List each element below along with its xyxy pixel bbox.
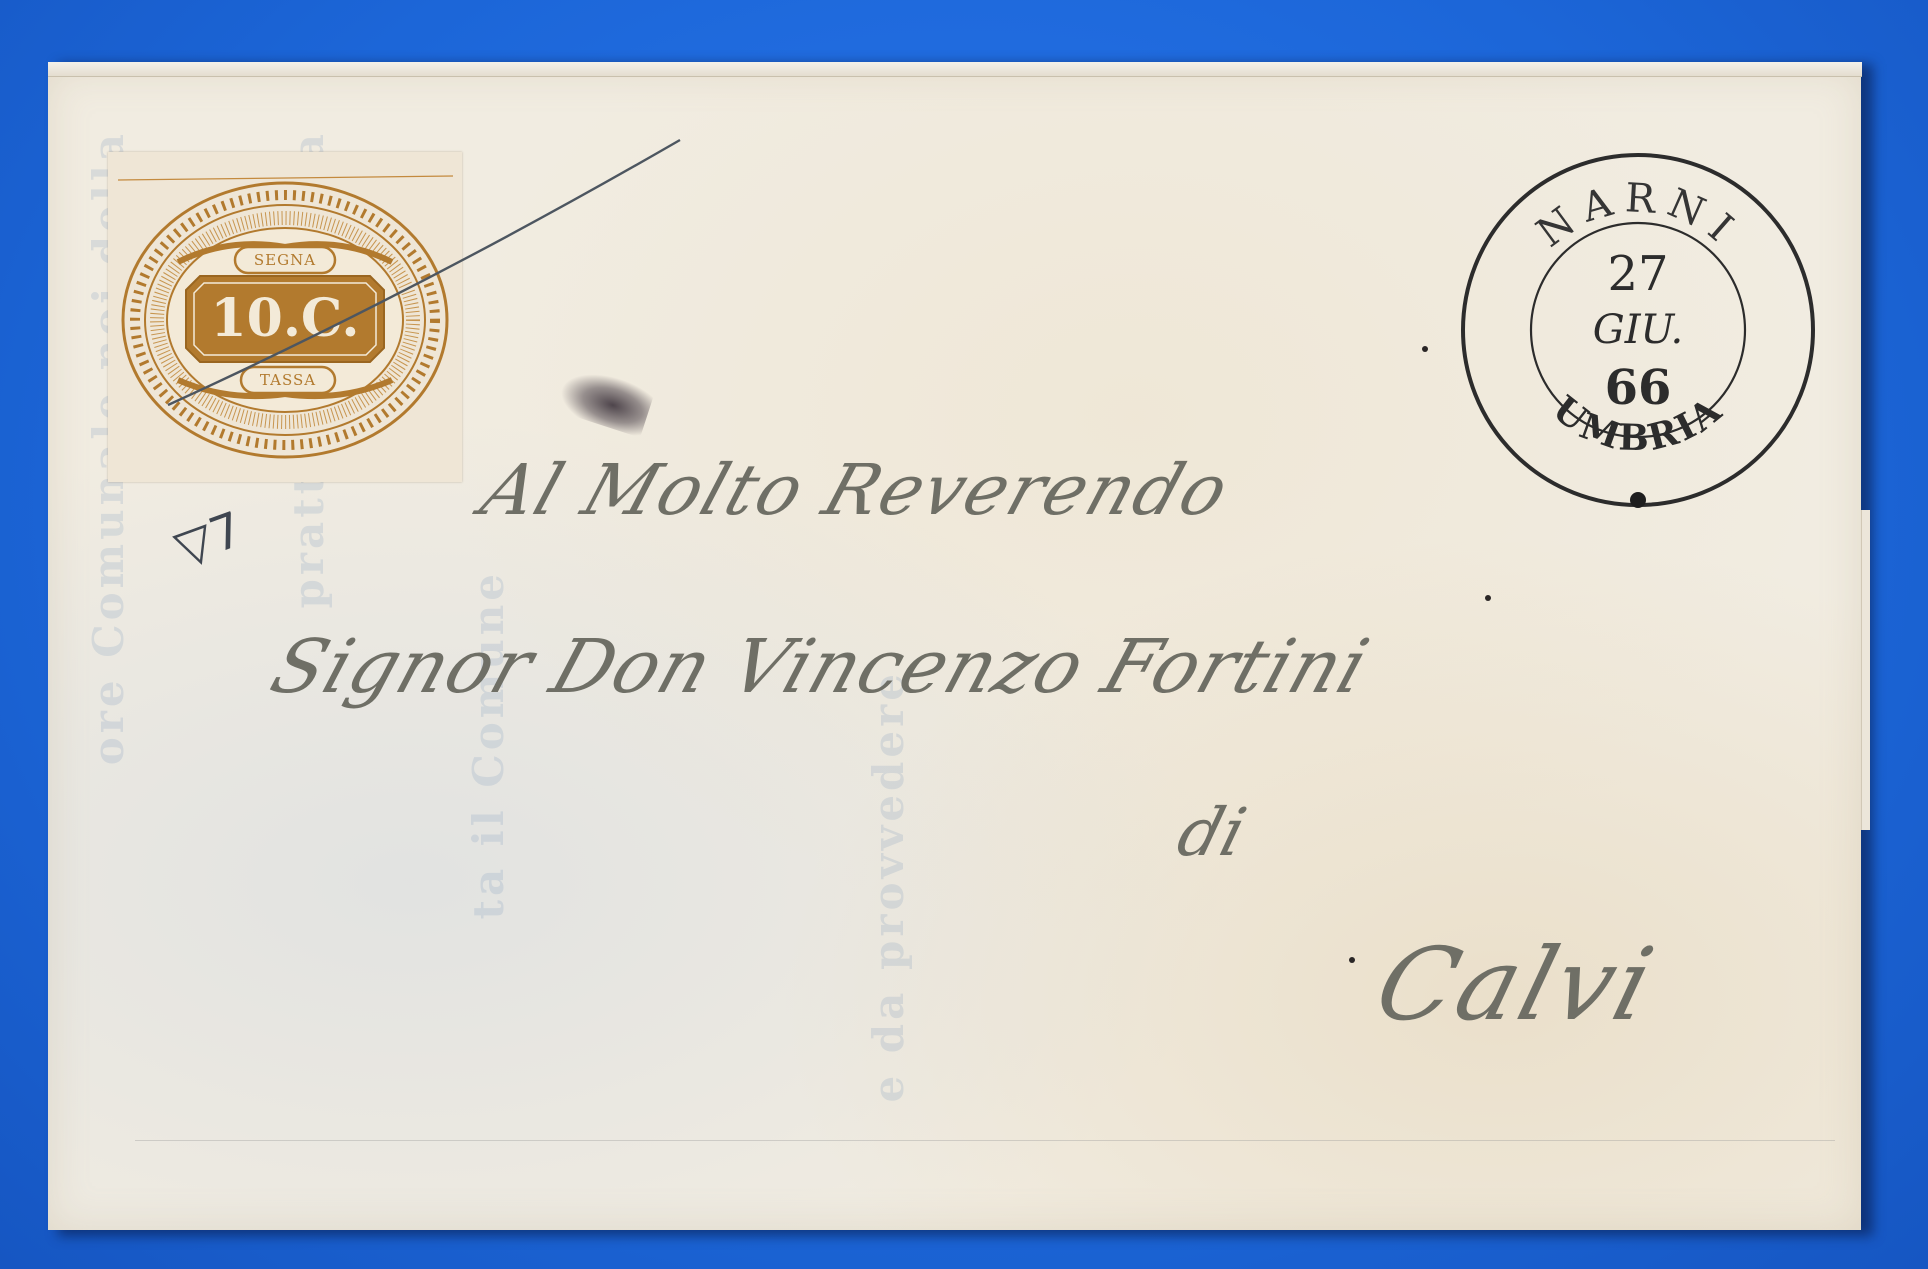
postmark-day: 27 (1588, 250, 1688, 298)
address-line-recipient: Signor Don Vincenzo Fortini (263, 630, 1377, 704)
postmark-month: GIU. (1568, 310, 1708, 350)
letter-top-fold (48, 62, 1862, 77)
letter-right-flap (1861, 510, 1870, 830)
showthrough-text: e da provvedere (868, 670, 910, 1103)
svg-text:NARNI: NARNI (1529, 175, 1749, 257)
address-line-salutation: Al Molto Reverendo (474, 455, 1239, 525)
address-line-town: Calvi (1367, 935, 1665, 1035)
postmark-year: 66 (1583, 364, 1693, 412)
stamp-top-label: SEGNA (235, 251, 335, 269)
postmark-town: NARNI (1529, 175, 1749, 257)
showthrough-text: ta il Comune (468, 570, 510, 919)
fold-line (135, 1140, 1835, 1141)
circular-postmark: NARNI UMBRIA 27 GIU. 66 (1458, 150, 1818, 510)
ink-dot (1349, 957, 1355, 963)
postage-due-stamp: SEGNA 10.C. TASSA (108, 152, 462, 482)
ink-dot (1485, 595, 1491, 601)
ink-dot (1422, 346, 1428, 352)
stamp-bottom-label: TASSA (241, 371, 335, 389)
stamp-value: 10.C. (193, 293, 377, 345)
